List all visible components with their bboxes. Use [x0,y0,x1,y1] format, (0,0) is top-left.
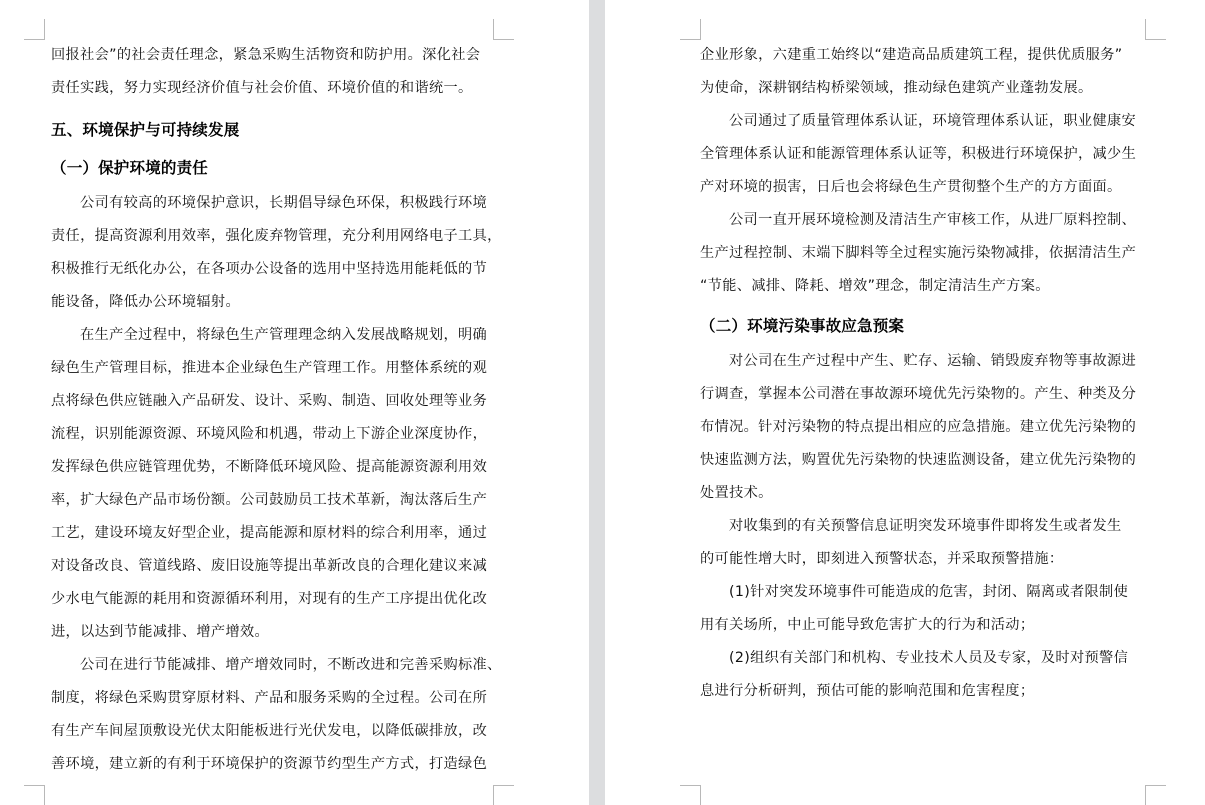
text-line: 为使命，深耕钢结构桥梁领域，推动绿色建筑产业蓬勃发展。 [700,72,1145,105]
text-line: 公司在进行节能减排、增产增效同时，不断改进和完善采购标准、 [51,649,493,682]
text-line: (2)组织有关部门和机构、专业技术人员及专家，及时对预警信 [700,642,1145,675]
corner-mark-bottom-left [24,785,45,805]
text-line: 流程，识别能源资源、环境风险和机遇，带动上下游企业深度协作， [51,418,493,451]
paragraph: 公司有较高的环境保护意识，长期倡导绿色环保，积极践行环境责任，提高资源利用效率，… [51,187,493,319]
text-line: 息进行分析研判，预估可能的影响范围和危害程度； [700,675,1145,708]
text-line: 发挥绿色供应链管理优势，不断降低环境风险、提高能源资源利用效 [51,451,493,484]
text-line: 进，以达到节能减排、增产增效。 [51,616,493,649]
paragraph: (1)针对突发环境事件可能造成的危害，封闭、隔离或者限制使用有关场所，中止可能导… [700,576,1145,642]
paragraph: 公司在进行节能减排、增产增效同时，不断改进和完善采购标准、制度，将绿色采购贯穿原… [51,649,493,781]
text-line: (1)针对突发环境事件可能造成的危害，封闭、隔离或者限制使 [700,576,1145,609]
text-line: 处置技术。 [700,477,1145,510]
text-line: 对收集到的有关预警信息证明突发环境事件即将发生或者发生 [700,510,1145,543]
text-line: 公司有较高的环境保护意识，长期倡导绿色环保，积极践行环境 [51,187,493,220]
corner-mark-top-left [680,19,701,40]
paragraph: 在生产全过程中，将绿色生产管理理念纳入发展战略规划，明确绿色生产管理目标，推进本… [51,319,493,649]
text-line: 点将绿色供应链融入产品研发、设计、采购、制造、回收处理等业务 [51,385,493,418]
text-line: 产对环境的损害，日后也会将绿色生产贯彻整个生产的方方面面。 [700,171,1145,204]
text-line: 快速监测方法，购置优先污染物的快速监测设备，建立优先污染物的 [700,444,1145,477]
page-gutter [589,0,605,805]
text-line: 用有关场所，中止可能导致危害扩大的行为和活动； [700,609,1145,642]
text-line: 少水电气能源的耗用和资源循环利用，对现有的生产工序提出优化改 [51,583,493,616]
page-body: 回报社会”的社会责任理念，紧急采购生活物资和防护用。深化社会责任实践，努力实现经… [51,39,493,781]
text-line: 责任，提高资源利用效率，强化废弃物管理，充分利用网络电子工具， [51,220,493,253]
document-page-right[interactable]: 企业形象，六建重工始终以“建造高品质建筑工程，提供优质服务”为使命，深耕钢结构桥… [605,0,1205,805]
text-line: 行调查，掌握本公司潜在事故源环境优先污染物的。产生、种类及分 [700,378,1145,411]
corner-mark-top-right [493,19,514,40]
text-line: 对设备改良、管道线路、废旧设施等提出革新改良的合理化建议来减 [51,550,493,583]
text-line: 布情况。针对污染物的特点提出相应的应急措施。建立优先污染物的 [700,411,1145,444]
document-page-left[interactable]: 回报社会”的社会责任理念，紧急采购生活物资和防护用。深化社会责任实践，努力实现经… [0,0,589,805]
subsection-heading: （二）环境污染事故应急预案 [700,311,1145,341]
paragraph: 公司一直开展环境检测及清洁生产审核工作，从进厂原料控制、生产过程控制、末端下脚料… [700,204,1145,303]
text-line: 能设备，降低办公环境辐射。 [51,286,493,319]
text-line: “节能、减排、降耗、增效”理念，制定清洁生产方案。 [700,270,1145,303]
corner-mark-bottom-right [1145,785,1166,805]
paragraph: 对收集到的有关预警信息证明突发环境事件即将发生或者发生的可能性增大时，即刻进入预… [700,510,1145,576]
text-line: 的可能性增大时，即刻进入预警状态，并采取预警措施： [700,543,1145,576]
section-heading: 五、环境保护与可持续发展 [51,113,493,145]
page-body: 企业形象，六建重工始终以“建造高品质建筑工程，提供优质服务”为使命，深耕钢结构桥… [700,39,1145,708]
paragraph: 公司通过了质量管理体系认证，环境管理体系认证，职业健康安全管理体系认证和能源管理… [700,105,1145,204]
text-line: 公司一直开展环境检测及清洁生产审核工作，从进厂原料控制、 [700,204,1145,237]
paragraph: 企业形象，六建重工始终以“建造高品质建筑工程，提供优质服务”为使命，深耕钢结构桥… [700,39,1145,105]
text-line: 公司通过了质量管理体系认证，环境管理体系认证，职业健康安 [700,105,1145,138]
text-line: 制度，将绿色采购贯穿原材料、产品和服务采购的全过程。公司在所 [51,682,493,715]
text-line: 责任实践，努力实现经济价值与社会价值、环境价值的和谐统一。 [51,72,493,105]
paragraph: 对公司在生产过程中产生、贮存、运输、销毁废弃物等事故源进行调查，掌握本公司潜在事… [700,345,1145,510]
paragraph: (2)组织有关部门和机构、专业技术人员及专家，及时对预警信息进行分析研判，预估可… [700,642,1145,708]
text-line: 生产过程控制、末端下脚料等全过程实施污染物减排，依据清洁生产 [700,237,1145,270]
corner-mark-bottom-right [493,785,514,805]
paragraph: 回报社会”的社会责任理念，紧急采购生活物资和防护用。深化社会责任实践，努力实现经… [51,39,493,105]
text-line: 工艺，建设环境友好型企业，提高能源和原材料的综合利用率，通过 [51,517,493,550]
subsection-heading: （一）保护环境的责任 [51,153,493,183]
text-line: 企业形象，六建重工始终以“建造高品质建筑工程，提供优质服务” [700,39,1145,72]
text-line: 对公司在生产过程中产生、贮存、运输、销毁废弃物等事故源进 [700,345,1145,378]
corner-mark-top-right [1145,19,1166,40]
text-line: 绿色生产管理目标，推进本企业绿色生产管理工作。用整体系统的观 [51,352,493,385]
text-line: 善环境，建立新的有利于环境保护的资源节约型生产方式，打造绿色 [51,748,493,781]
text-line: 率，扩大绿色产品市场份额。公司鼓励员工技术革新，淘汰落后生产 [51,484,493,517]
text-line: 积极推行无纸化办公，在各项办公设备的选用中坚持选用能耗低的节 [51,253,493,286]
corner-mark-bottom-left [680,785,701,805]
text-line: 有生产车间屋顶敷设光伏太阳能板进行光伏发电，以降低碳排放，改 [51,715,493,748]
corner-mark-top-left [24,19,45,40]
text-line: 在生产全过程中，将绿色生产管理理念纳入发展战略规划，明确 [51,319,493,352]
text-line: 回报社会”的社会责任理念，紧急采购生活物资和防护用。深化社会 [51,39,493,72]
text-line: 全管理体系认证和能源管理体系认证等，积极进行环境保护，减少生 [700,138,1145,171]
